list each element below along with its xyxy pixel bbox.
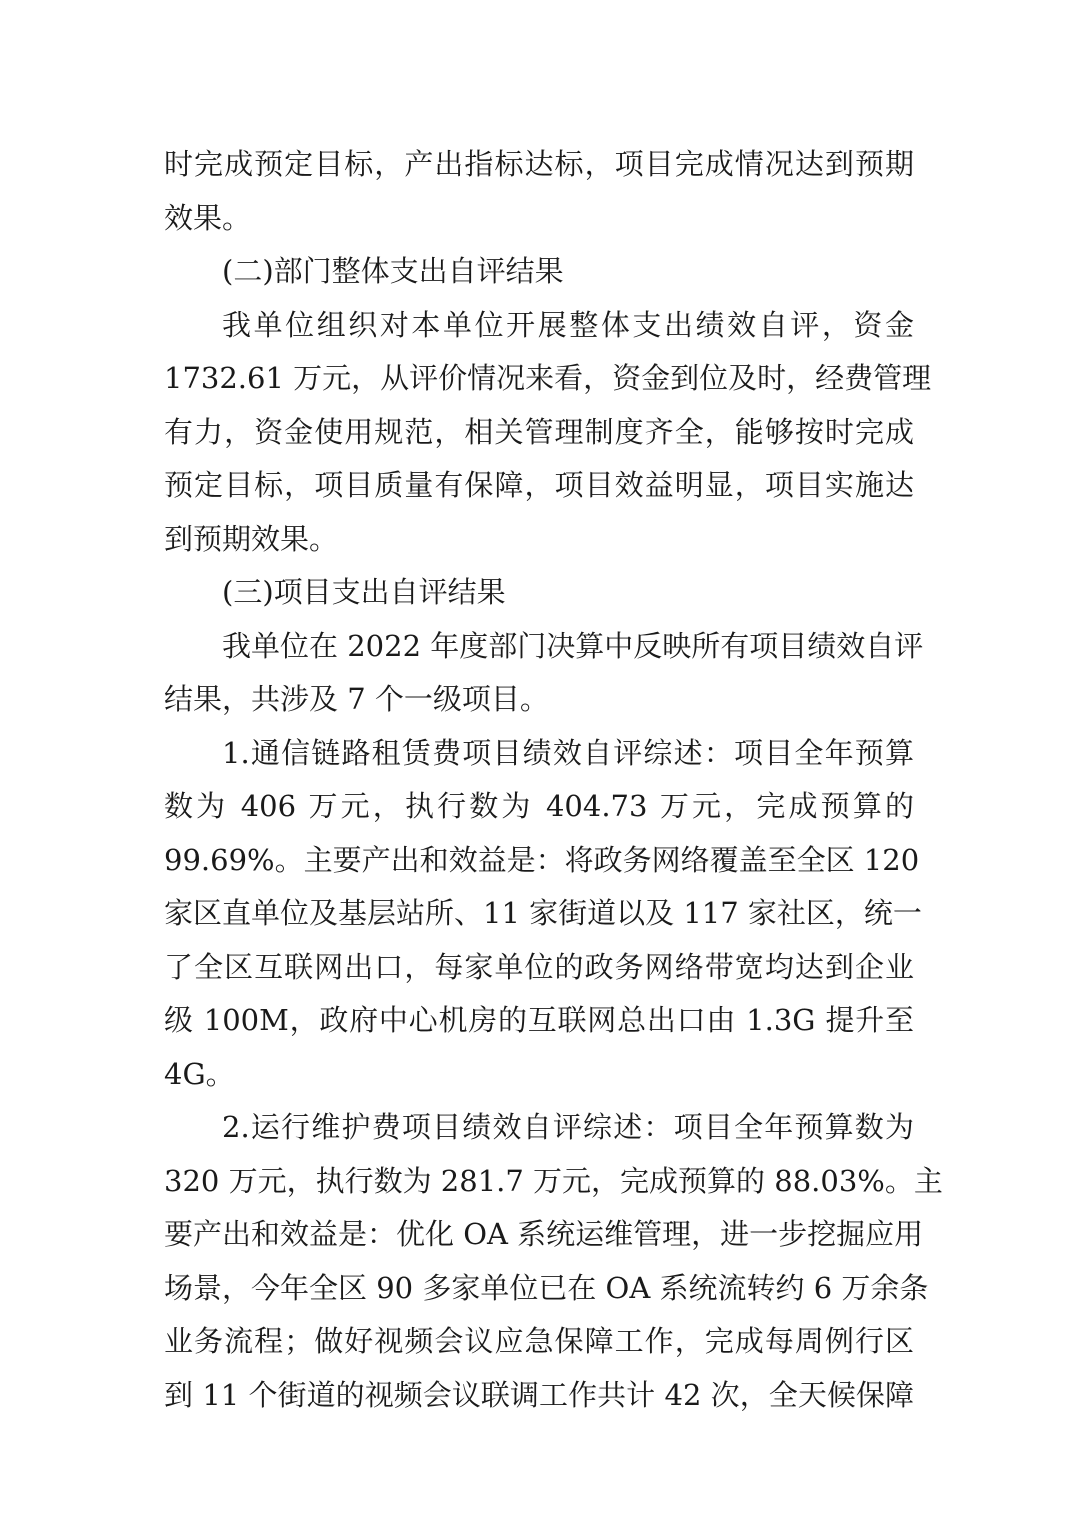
paragraph-line: 要产出和效益是：优化 OA 系统运维管理，进一步挖掘应用 — [164, 1214, 914, 1254]
paragraph-line: 数为 406 万元，执行数为 404.73 万元，完成预算的 — [164, 786, 914, 826]
paragraph-line: 效果。 — [164, 198, 914, 238]
paragraph-line: 级 100M，政府中心机房的互联网总出口由 1.3G 提升至 — [164, 1000, 914, 1040]
paragraph-line: 有力，资金使用规范，相关管理制度齐全，能够按时完成 — [164, 412, 914, 452]
section-heading-2: (二)部门整体支出自评结果 — [222, 251, 972, 291]
paragraph-line: 业务流程；做好视频会议应急保障工作，完成每周例行区 — [164, 1321, 914, 1361]
paragraph-line: 预定目标，项目质量有保障，项目效益明显，项目实施达 — [164, 465, 914, 505]
paragraph-line: 结果，共涉及 7 个一级项目。 — [164, 679, 914, 719]
paragraph-line: 4G。 — [164, 1054, 914, 1094]
paragraph-line: 99.69%。主要产出和效益是：将政务网络覆盖至全区 120 — [164, 840, 914, 880]
paragraph-line: 我单位在 2022 年度部门决算中反映所有项目绩效自评 — [222, 626, 914, 666]
paragraph-line: 到 11 个街道的视频会议联调工作共计 42 次，全天候保障 — [164, 1375, 914, 1415]
paragraph-line: 1.通信链路租赁费项目绩效自评综述：项目全年预算 — [222, 733, 914, 773]
paragraph-line: 2.运行维护费项目绩效自评综述：项目全年预算数为 — [222, 1107, 914, 1147]
document-page: 时完成预定目标，产出指标达标，项目完成情况达到预期 效果。 (二)部门整体支出自… — [0, 0, 1075, 1521]
paragraph-line: 了全区互联网出口，每家单位的政务网络带宽均达到企业 — [164, 947, 914, 987]
paragraph-line: 到预期效果。 — [164, 519, 914, 559]
paragraph-line: 时完成预定目标，产出指标达标，项目完成情况达到预期 — [164, 144, 914, 184]
paragraph-line: 场景，今年全区 90 多家单位已在 OA 系统流转约 6 万余条 — [164, 1268, 914, 1308]
section-heading-3: (三)项目支出自评结果 — [222, 572, 972, 612]
paragraph-line: 1732.61 万元，从评价情况来看，资金到位及时，经费管理 — [164, 358, 914, 398]
paragraph-line: 320 万元，执行数为 281.7 万元，完成预算的 88.03%。主 — [164, 1161, 914, 1201]
paragraph-line: 家区直单位及基层站所、11 家街道以及 117 家社区，统一 — [164, 893, 914, 933]
paragraph-line: 我单位组织对本单位开展整体支出绩效自评，资金 — [222, 305, 914, 345]
